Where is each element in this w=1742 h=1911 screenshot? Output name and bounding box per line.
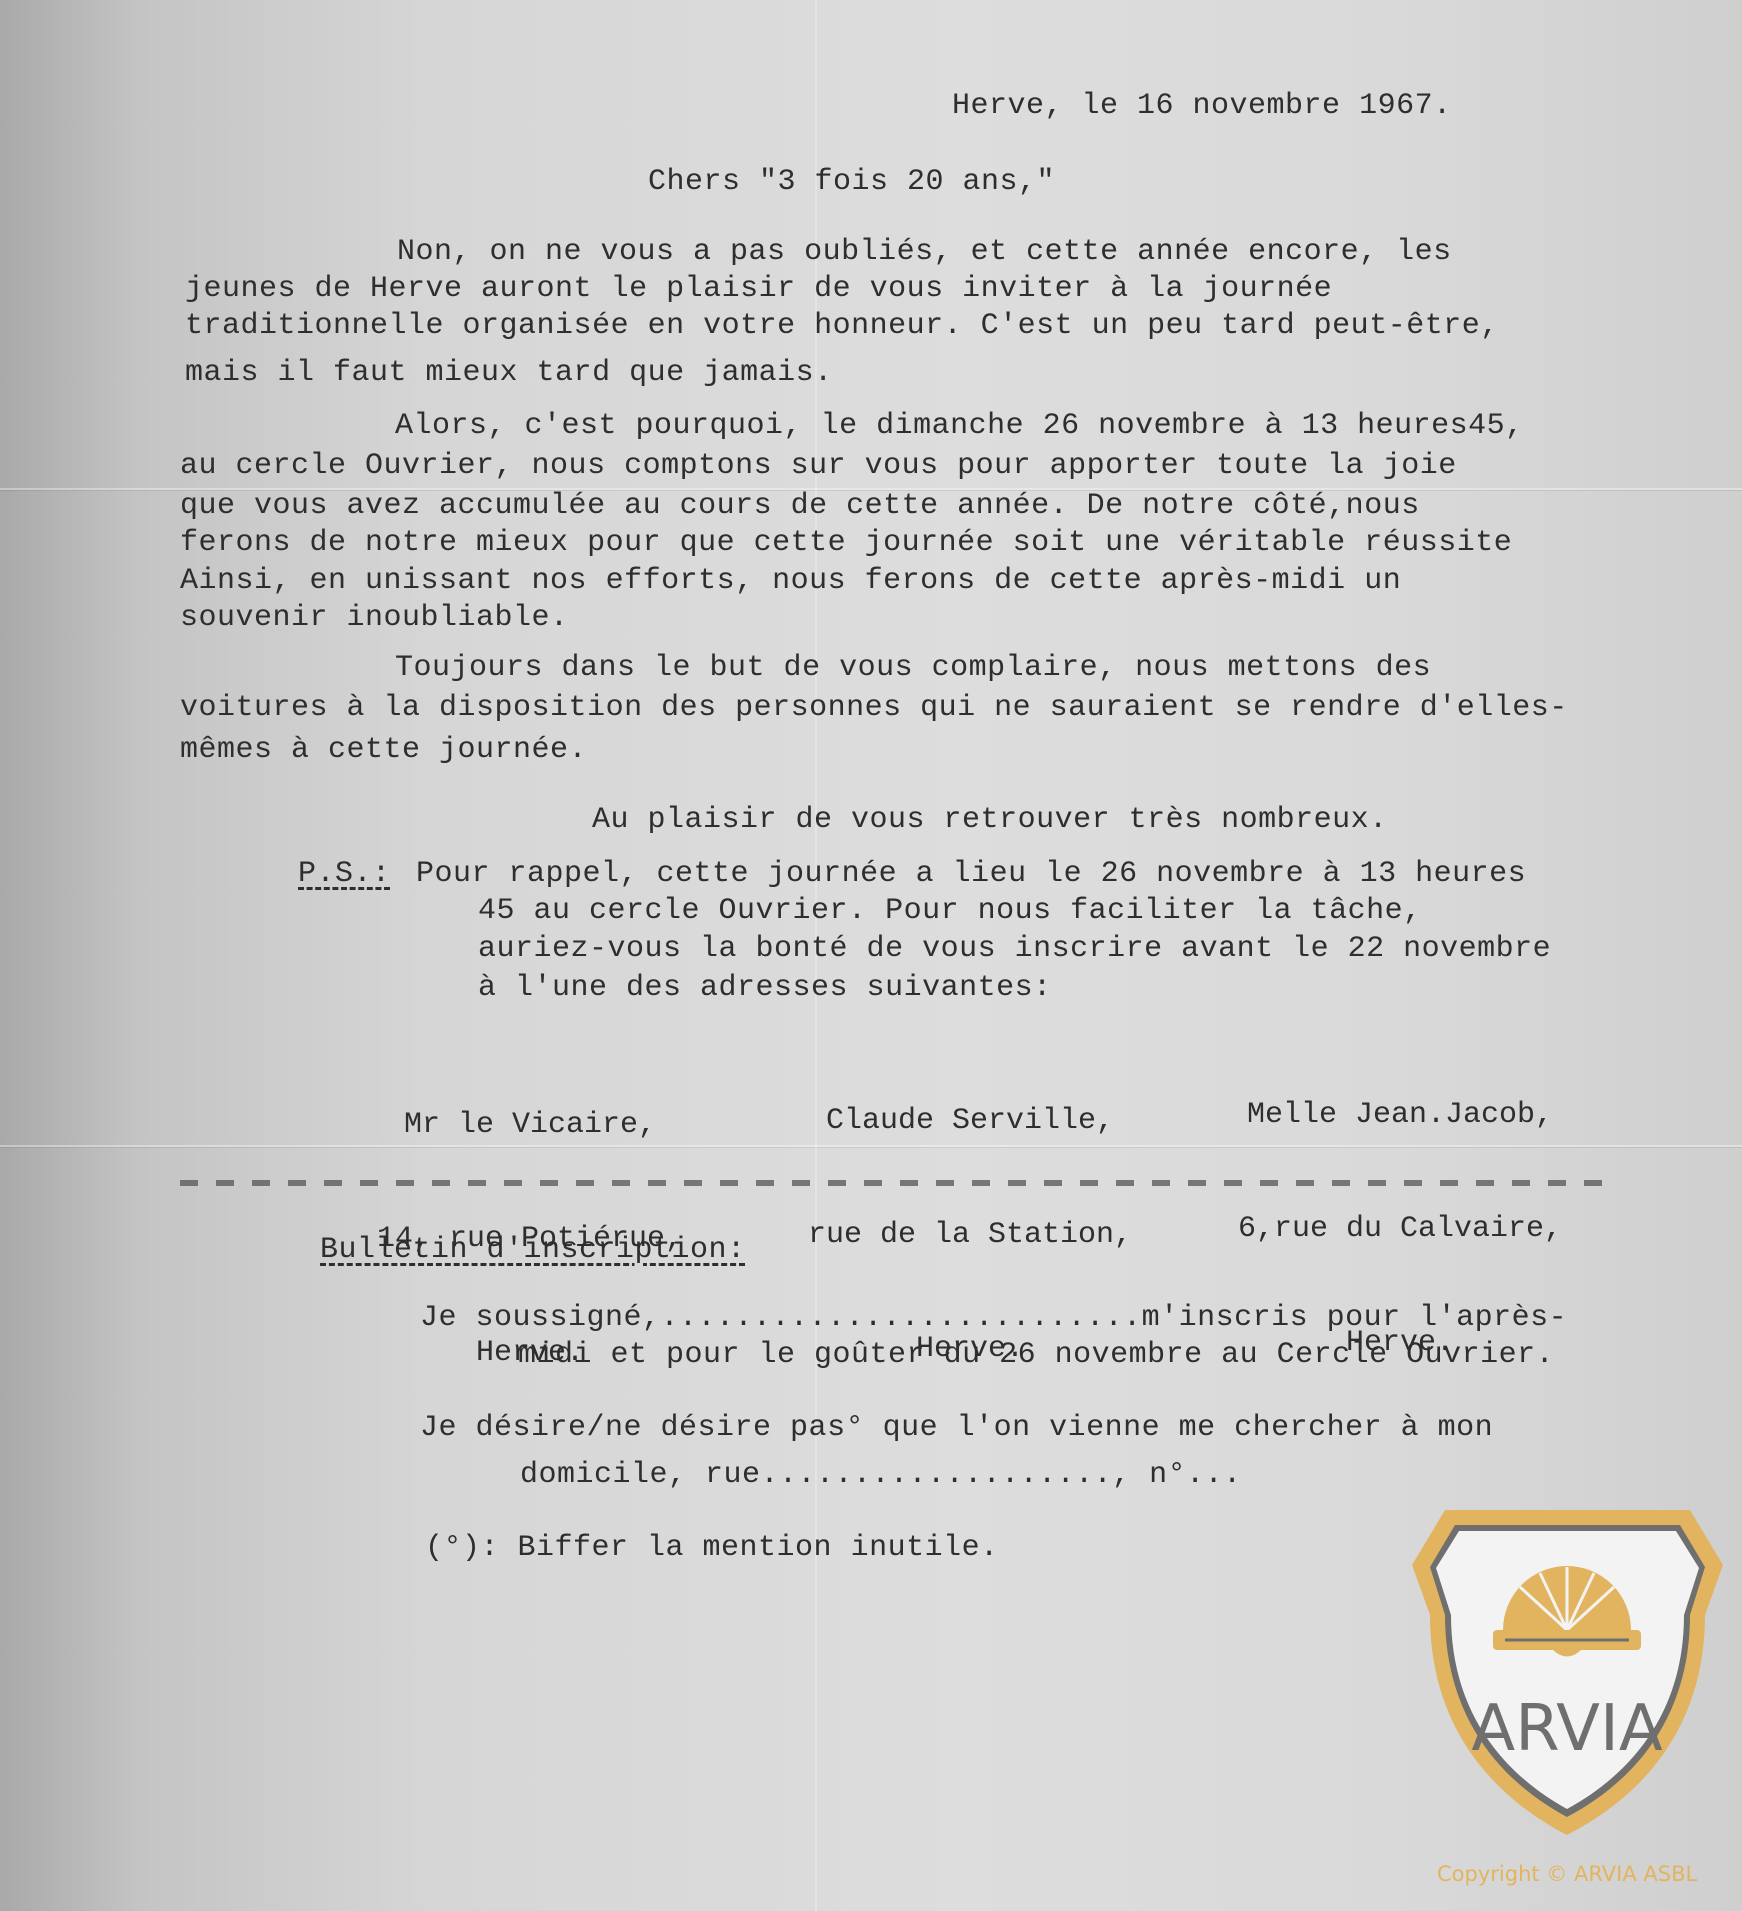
address-street: 6,rue du Calvaire, xyxy=(1190,1210,1610,1248)
address-serville: Claude Serville, rue de la Station, Herv… xyxy=(770,1026,1170,1444)
text-line: au cercle Ouvrier, nous comptons sur vou… xyxy=(180,448,1457,484)
form-footnote: (°): Biffer la mention inutile. xyxy=(425,1530,999,1566)
address-name: Melle Jean.Jacob, xyxy=(1190,1096,1610,1134)
text-line: 45 au cercle Ouvrier. Pour nous facilite… xyxy=(478,893,1422,929)
text-line: que vous avez accumulée au cours de cett… xyxy=(180,488,1420,524)
address-jacob: Melle Jean.Jacob, 6,rue du Calvaire, Her… xyxy=(1190,1020,1610,1438)
text-line: mêmes à cette journée. xyxy=(180,732,587,768)
svg-text:ARVIA: ARVIA xyxy=(1471,1692,1662,1766)
text-line: voitures à la disposition des personnes … xyxy=(180,690,1568,726)
text-line: traditionnelle organisée en votre honneu… xyxy=(185,308,1499,344)
address-name: Mr le Vicaire, xyxy=(340,1106,720,1144)
form-line: midi et pour le goûter du 26 novembre au… xyxy=(518,1337,1554,1373)
text-line: souvenir inoubliable. xyxy=(180,600,569,636)
form-title: Bulletin d'inscription: xyxy=(320,1232,746,1268)
copyright-text: Copyright © ARVIA ASBL xyxy=(1437,1862,1697,1886)
form-line: Je soussigné,..........................m… xyxy=(420,1300,1567,1336)
text-line: à l'une des adresses suivantes: xyxy=(478,970,1052,1006)
closing-line: Au plaisir de vous retrouver très nombre… xyxy=(592,802,1388,838)
form-line: domicile, rue..................., n°... xyxy=(520,1457,1242,1493)
text-line: Ainsi, en unissant nos efforts, nous fer… xyxy=(180,563,1401,599)
text-line: ferons de notre mieux pour que cette jou… xyxy=(180,525,1512,561)
salutation: Chers "3 fois 20 ans," xyxy=(648,164,1055,200)
cut-line-divider xyxy=(180,1180,1620,1186)
text-line: Toujours dans le but de vous complaire, … xyxy=(395,650,1431,686)
date-line: Herve, le 16 novembre 1967. xyxy=(952,88,1452,124)
form-line: Je désire/ne désire pas° que l'on vienne… xyxy=(420,1410,1493,1446)
text-line: mais il faut mieux tard que jamais. xyxy=(185,355,833,391)
text-line: Pour rappel, cette journée a lieu le 26 … xyxy=(416,856,1526,892)
text-line: auriez-vous la bonté de vous inscrire av… xyxy=(478,931,1551,967)
ps-label: P.S.: xyxy=(298,856,391,892)
text-line: Alors, c'est pourquoi, le dimanche 26 no… xyxy=(395,408,1524,444)
text-line: Non, on ne vous a pas oubliés, et cette … xyxy=(397,234,1452,270)
arvia-shield-logo: ARVIA xyxy=(1405,1505,1730,1840)
text-line: jeunes de Herve auront le plaisir de vou… xyxy=(185,271,1332,307)
address-street: rue de la Station, xyxy=(770,1216,1170,1254)
address-name: Claude Serville, xyxy=(770,1102,1170,1140)
